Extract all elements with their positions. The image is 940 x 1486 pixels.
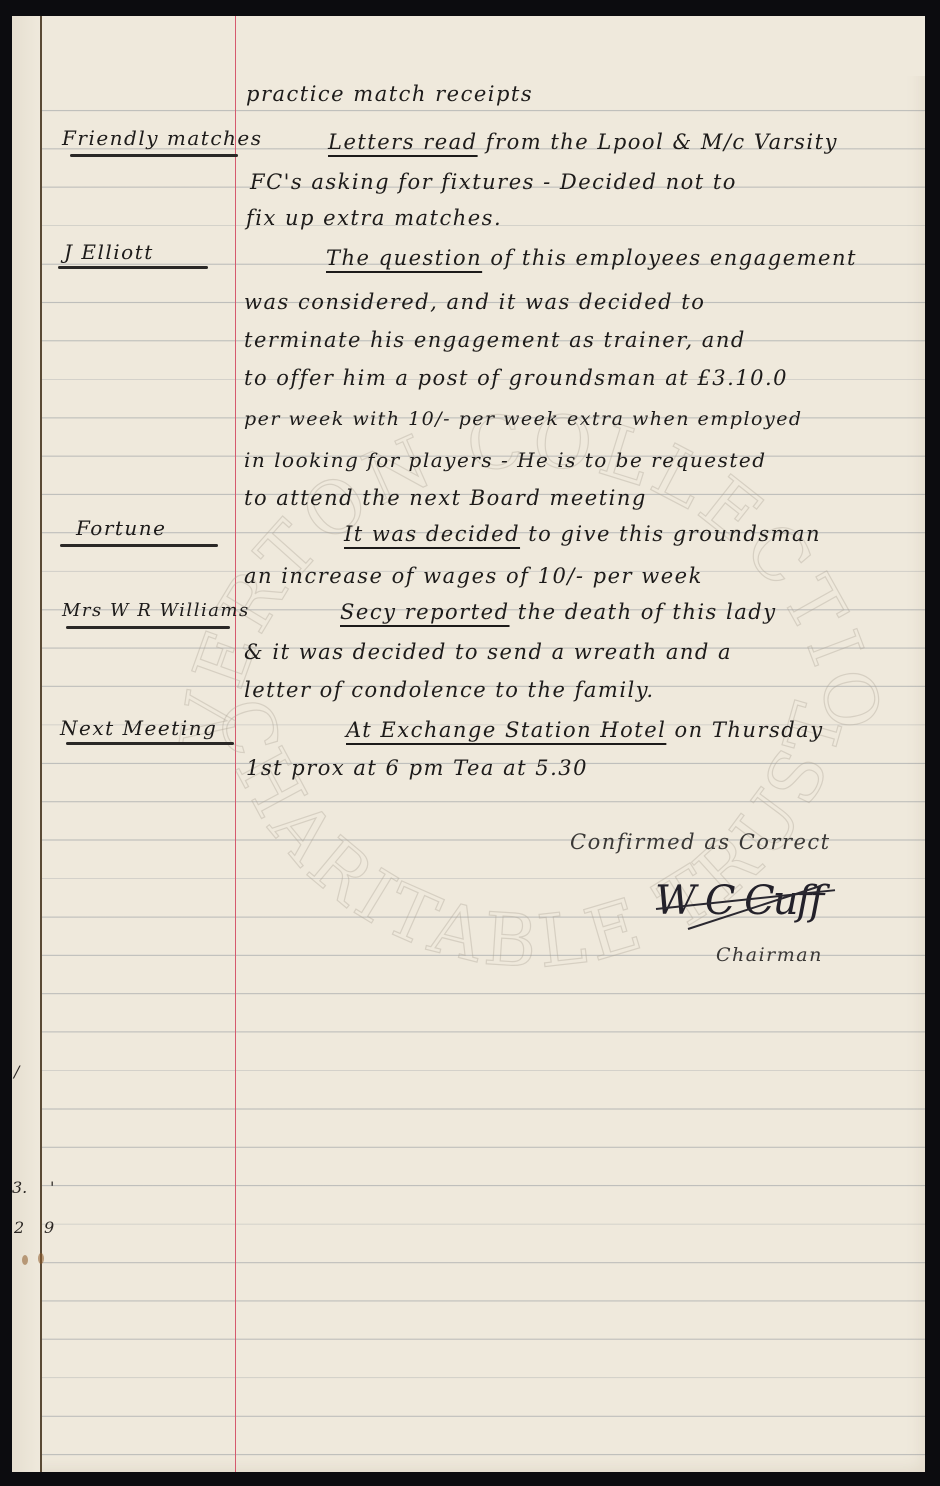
entry-elliott-line7: to attend the next Board meeting (244, 486, 647, 510)
entry-text: to give this groundsman (520, 522, 821, 546)
ink-stain (22, 1255, 28, 1265)
side-heading-underline (66, 742, 234, 745)
side-heading-underline (66, 626, 230, 629)
edge-mark: / (14, 1062, 19, 1081)
entry-williams-line3: letter of condolence to the family. (244, 678, 655, 702)
entry-williams-line2: & it was decided to send a wreath and a (244, 640, 732, 664)
edge-mark: 3. (12, 1178, 27, 1197)
entry-friendly-matches-line1: Letters read from the Lpool & M/c Varsit… (328, 130, 838, 154)
chairman-title: Chairman (716, 944, 823, 966)
edge-mark: 2 (14, 1218, 24, 1237)
entry-fortune-line1: It was decided to give this groundsman (344, 522, 821, 546)
entry-elliott-line2: was considered, and it was decided to (244, 290, 705, 314)
entry-text: from the Lpool & M/c Varsity (478, 130, 838, 154)
side-heading-underline (60, 544, 218, 547)
entry-elliott-line5: per week with 10/- per week extra when e… (244, 408, 803, 430)
side-heading-fortune: Fortune (76, 516, 167, 540)
entry-elliott-line6: in looking for players - He is to be req… (244, 448, 767, 472)
entry-fortune-line2: an increase of wages of 10/- per week (244, 564, 703, 588)
entry-next-meeting-line1: At Exchange Station Hotel on Thursday (346, 718, 824, 742)
side-heading-j-elliott: J Elliott (64, 240, 154, 264)
side-heading-mrs-williams: Mrs W R Williams (62, 600, 250, 621)
entry-lead: Secy reported (340, 600, 510, 624)
entry-lead: The question (326, 246, 482, 270)
entry-continuation: practice match receipts (246, 82, 533, 106)
edge-mark: 9 (44, 1218, 54, 1237)
confirmation-text: Confirmed as Correct (570, 830, 831, 854)
entry-lead: It was decided (344, 522, 520, 546)
entry-lead: At Exchange Station Hotel (346, 718, 666, 742)
page-top-margin (12, 16, 925, 76)
entry-lead: Letters read (328, 130, 478, 154)
edge-mark: ' (50, 1178, 54, 1197)
side-heading-friendly-matches: Friendly matches (62, 126, 263, 150)
entry-next-meeting-line2: 1st prox at 6 pm Tea at 5.30 (246, 756, 588, 780)
entry-friendly-matches-line3: fix up extra matches. (246, 206, 502, 230)
entry-elliott-line4: to offer him a post of groundsman at £3.… (244, 366, 788, 390)
entry-elliott-line3: terminate his engagement as trainer, and (244, 328, 746, 352)
entry-text: the death of this lady (510, 600, 777, 624)
red-margin-rule (235, 16, 236, 1472)
side-heading-next-meeting: Next Meeting (60, 716, 217, 740)
binding-fold (12, 16, 40, 1472)
side-heading-underline (70, 154, 238, 157)
ink-stain (38, 1253, 44, 1264)
entry-text: of this employees engagement (482, 246, 857, 270)
entry-text: on Thursday (666, 718, 823, 742)
entry-elliott-line1: The question of this employees engagemen… (326, 246, 857, 270)
entry-williams-line1: Secy reported the death of this lady (340, 600, 777, 624)
entry-friendly-matches-line2: FC's asking for fixtures - Decided not t… (250, 170, 737, 194)
side-heading-underline (58, 266, 208, 269)
